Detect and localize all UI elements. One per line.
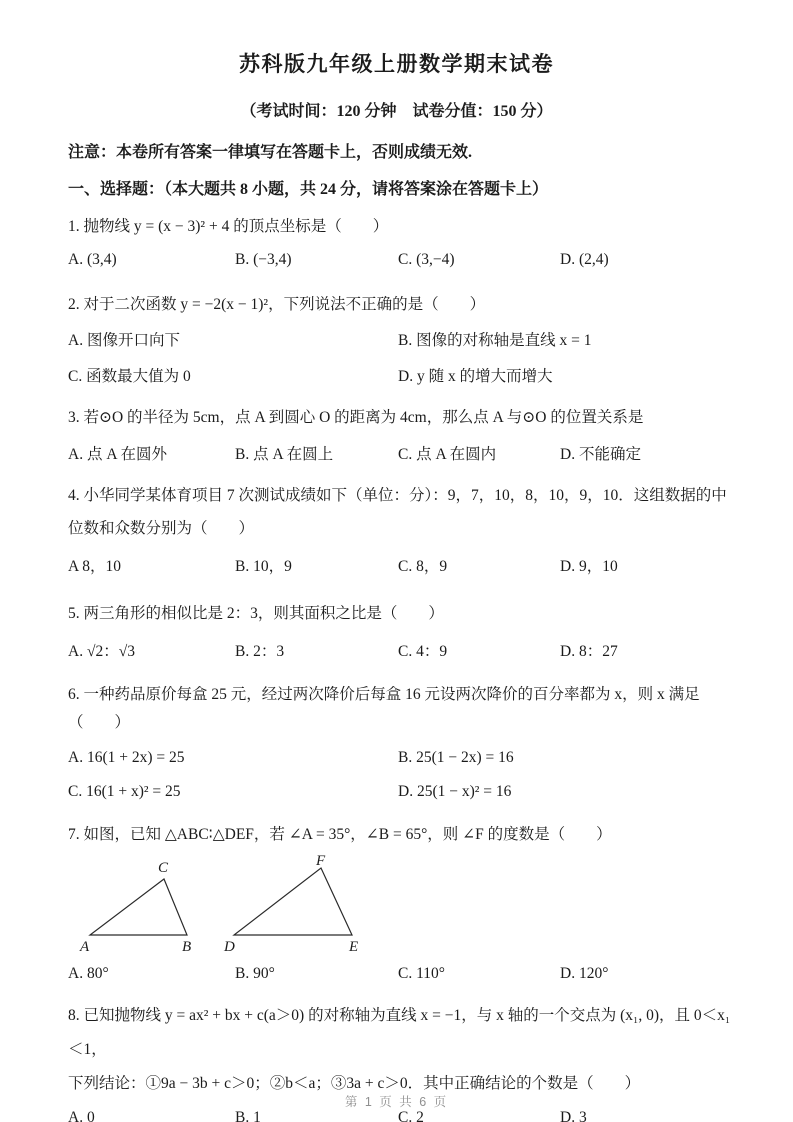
option-b: B. 1: [235, 1109, 398, 1122]
page-number: 第 1 页 共 6 页: [0, 1092, 793, 1110]
option-a: A. 80°: [68, 965, 235, 983]
question-8-stem-line1: 8. 已知抛物线 y = ax² + bx + c(a＞0) 的对称轴为直线 x…: [68, 999, 738, 1067]
option-a: A. 0: [68, 1109, 235, 1122]
option-c: C. 110°: [398, 965, 560, 983]
option-d: D. 不能确定: [560, 442, 738, 464]
question-7-figure: A B C D E F: [70, 854, 738, 959]
exam-meta: （考试时间：120 分钟 试卷分值：150 分）: [55, 98, 738, 121]
option-b: B. 25(1 − 2x) = 16: [398, 749, 738, 767]
question-6-options-row2: C. 16(1 + x)² = 25 D. 25(1 − x)² = 16: [68, 783, 738, 801]
question-5: 5. 两三角形的相似比是 2：3，则其面积之比是（ ） A. √2：√3 B. …: [68, 600, 738, 661]
question-2-stem: 2. 对于二次函数 y = −2(x − 1)²，下列说法不正确的是（ ）: [68, 291, 738, 320]
option-d: D. 25(1 − x)² = 16: [398, 783, 738, 801]
question-7-stem: 7. 如图，已知 △ABC∶△DEF，若 ∠A = 35°，∠B = 65°，则…: [68, 821, 738, 850]
question-5-stem: 5. 两三角形的相似比是 2：3，则其面积之比是（ ）: [68, 600, 738, 629]
option-a: A. 16(1 + 2x) = 25: [68, 749, 398, 767]
question-6-options-row1: A. 16(1 + 2x) = 25 B. 25(1 − 2x) = 16: [68, 749, 738, 767]
question-3-options: A. 点 A 在圆外 B. 点 A 在圆上 C. 点 A 在圆内 D. 不能确定: [68, 442, 738, 464]
question-2: 2. 对于二次函数 y = −2(x − 1)²，下列说法不正确的是（ ） A.…: [68, 291, 738, 387]
option-d: D. 120°: [560, 965, 738, 983]
question-7-options: A. 80° B. 90° C. 110° D. 120°: [68, 965, 738, 983]
option-d: D. 3: [560, 1109, 738, 1122]
option-c: C. 点 A 在圆内: [398, 442, 560, 464]
vertex-label-d: D: [223, 939, 235, 954]
option-c: C. 4：9: [398, 639, 560, 661]
option-c: C. 8，9: [398, 554, 560, 576]
option-d: D. y 随 x 的增大而增大: [398, 364, 738, 386]
option-a: A. 图像开口向下: [68, 328, 398, 350]
option-d: D. (2,4): [560, 251, 738, 269]
question-2-options-row1: A. 图像开口向下 B. 图像的对称轴是直线 x = 1: [68, 328, 738, 350]
question-7: 7. 如图，已知 △ABC∶△DEF，若 ∠A = 35°，∠B = 65°，则…: [68, 821, 738, 983]
option-d: D. 8：27: [560, 639, 738, 661]
question-1-stem: 1. 抛物线 y = (x − 3)² + 4 的顶点坐标是（ ）: [68, 213, 738, 242]
question-2-options-row2: C. 函数最大值为 0 D. y 随 x 的增大而增大: [68, 364, 738, 386]
exam-page: 苏科版九年级上册数学期末试卷 （考试时间：120 分钟 试卷分值：150 分） …: [0, 0, 793, 1122]
option-b: B. (−3,4): [235, 251, 398, 269]
question-6: 6. 一种药品原价每盒 25 元，经过两次降价后每盒 16 元设两次降价的百分率…: [68, 681, 738, 801]
option-a: A. 点 A 在圆外: [68, 442, 235, 464]
question-1: 1. 抛物线 y = (x − 3)² + 4 的顶点坐标是（ ） A. (3,…: [68, 213, 738, 269]
question-4: 4. 小华同学某体育项目 7 次测试成绩如下（单位：分）：9，7，10，8，10…: [68, 480, 738, 576]
option-c: C. 16(1 + x)² = 25: [68, 783, 398, 801]
option-c: C. 2: [398, 1109, 560, 1122]
option-a: A. (3,4): [68, 251, 235, 269]
question-1-options: A. (3,4) B. (−3,4) C. (3,−4) D. (2,4): [68, 251, 738, 269]
notice-line: 注意：本卷所有答案一律填写在答题卡上，否则成绩无效.: [68, 139, 738, 162]
question-8-options: A. 0 B. 1 C. 2 D. 3: [68, 1109, 738, 1122]
option-c: C. (3,−4): [398, 251, 560, 269]
question-6-stem: 6. 一种药品原价每盒 25 元，经过两次降价后每盒 16 元设两次降价的百分率…: [68, 681, 738, 738]
option-b: B. 10，9: [235, 554, 398, 576]
vertex-label-a: A: [79, 939, 90, 954]
question-4-options: A 8，10 B. 10，9 C. 8，9 D. 9，10: [68, 554, 738, 576]
question-5-options: A. √2：√3 B. 2：3 C. 4：9 D. 8：27: [68, 639, 738, 661]
triangle-def: [234, 868, 352, 935]
vertex-label-b: B: [182, 939, 191, 954]
page-title: 苏科版九年级上册数学期末试卷: [55, 48, 738, 78]
question-4-stem: 4. 小华同学某体育项目 7 次测试成绩如下（单位：分）：9，7，10，8，10…: [68, 480, 738, 545]
triangle-abc: [90, 879, 187, 935]
option-b: B. 图像的对称轴是直线 x = 1: [398, 328, 738, 350]
question-3: 3. 若⊙O 的半径为 5cm，点 A 到圆心 O 的距离为 4cm，那么点 A…: [68, 404, 738, 464]
question-3-stem: 3. 若⊙O 的半径为 5cm，点 A 到圆心 O 的距离为 4cm，那么点 A…: [68, 404, 738, 433]
section-heading: 一、选择题：（本大题共 8 小题，共 24 分，请将答案涂在答题卡上）: [68, 176, 738, 199]
vertex-label-e: E: [348, 939, 358, 954]
option-b: B. 2：3: [235, 639, 398, 661]
option-a: A 8，10: [68, 554, 235, 576]
option-b: B. 点 A 在圆上: [235, 442, 398, 464]
option-d: D. 9，10: [560, 554, 738, 576]
similar-triangles-figure: A B C D E F: [70, 854, 430, 954]
option-b: B. 90°: [235, 965, 398, 983]
option-c: C. 函数最大值为 0: [68, 364, 398, 386]
option-a: A. √2：√3: [68, 639, 235, 661]
vertex-label-f: F: [315, 854, 326, 869]
vertex-label-c: C: [158, 860, 169, 876]
